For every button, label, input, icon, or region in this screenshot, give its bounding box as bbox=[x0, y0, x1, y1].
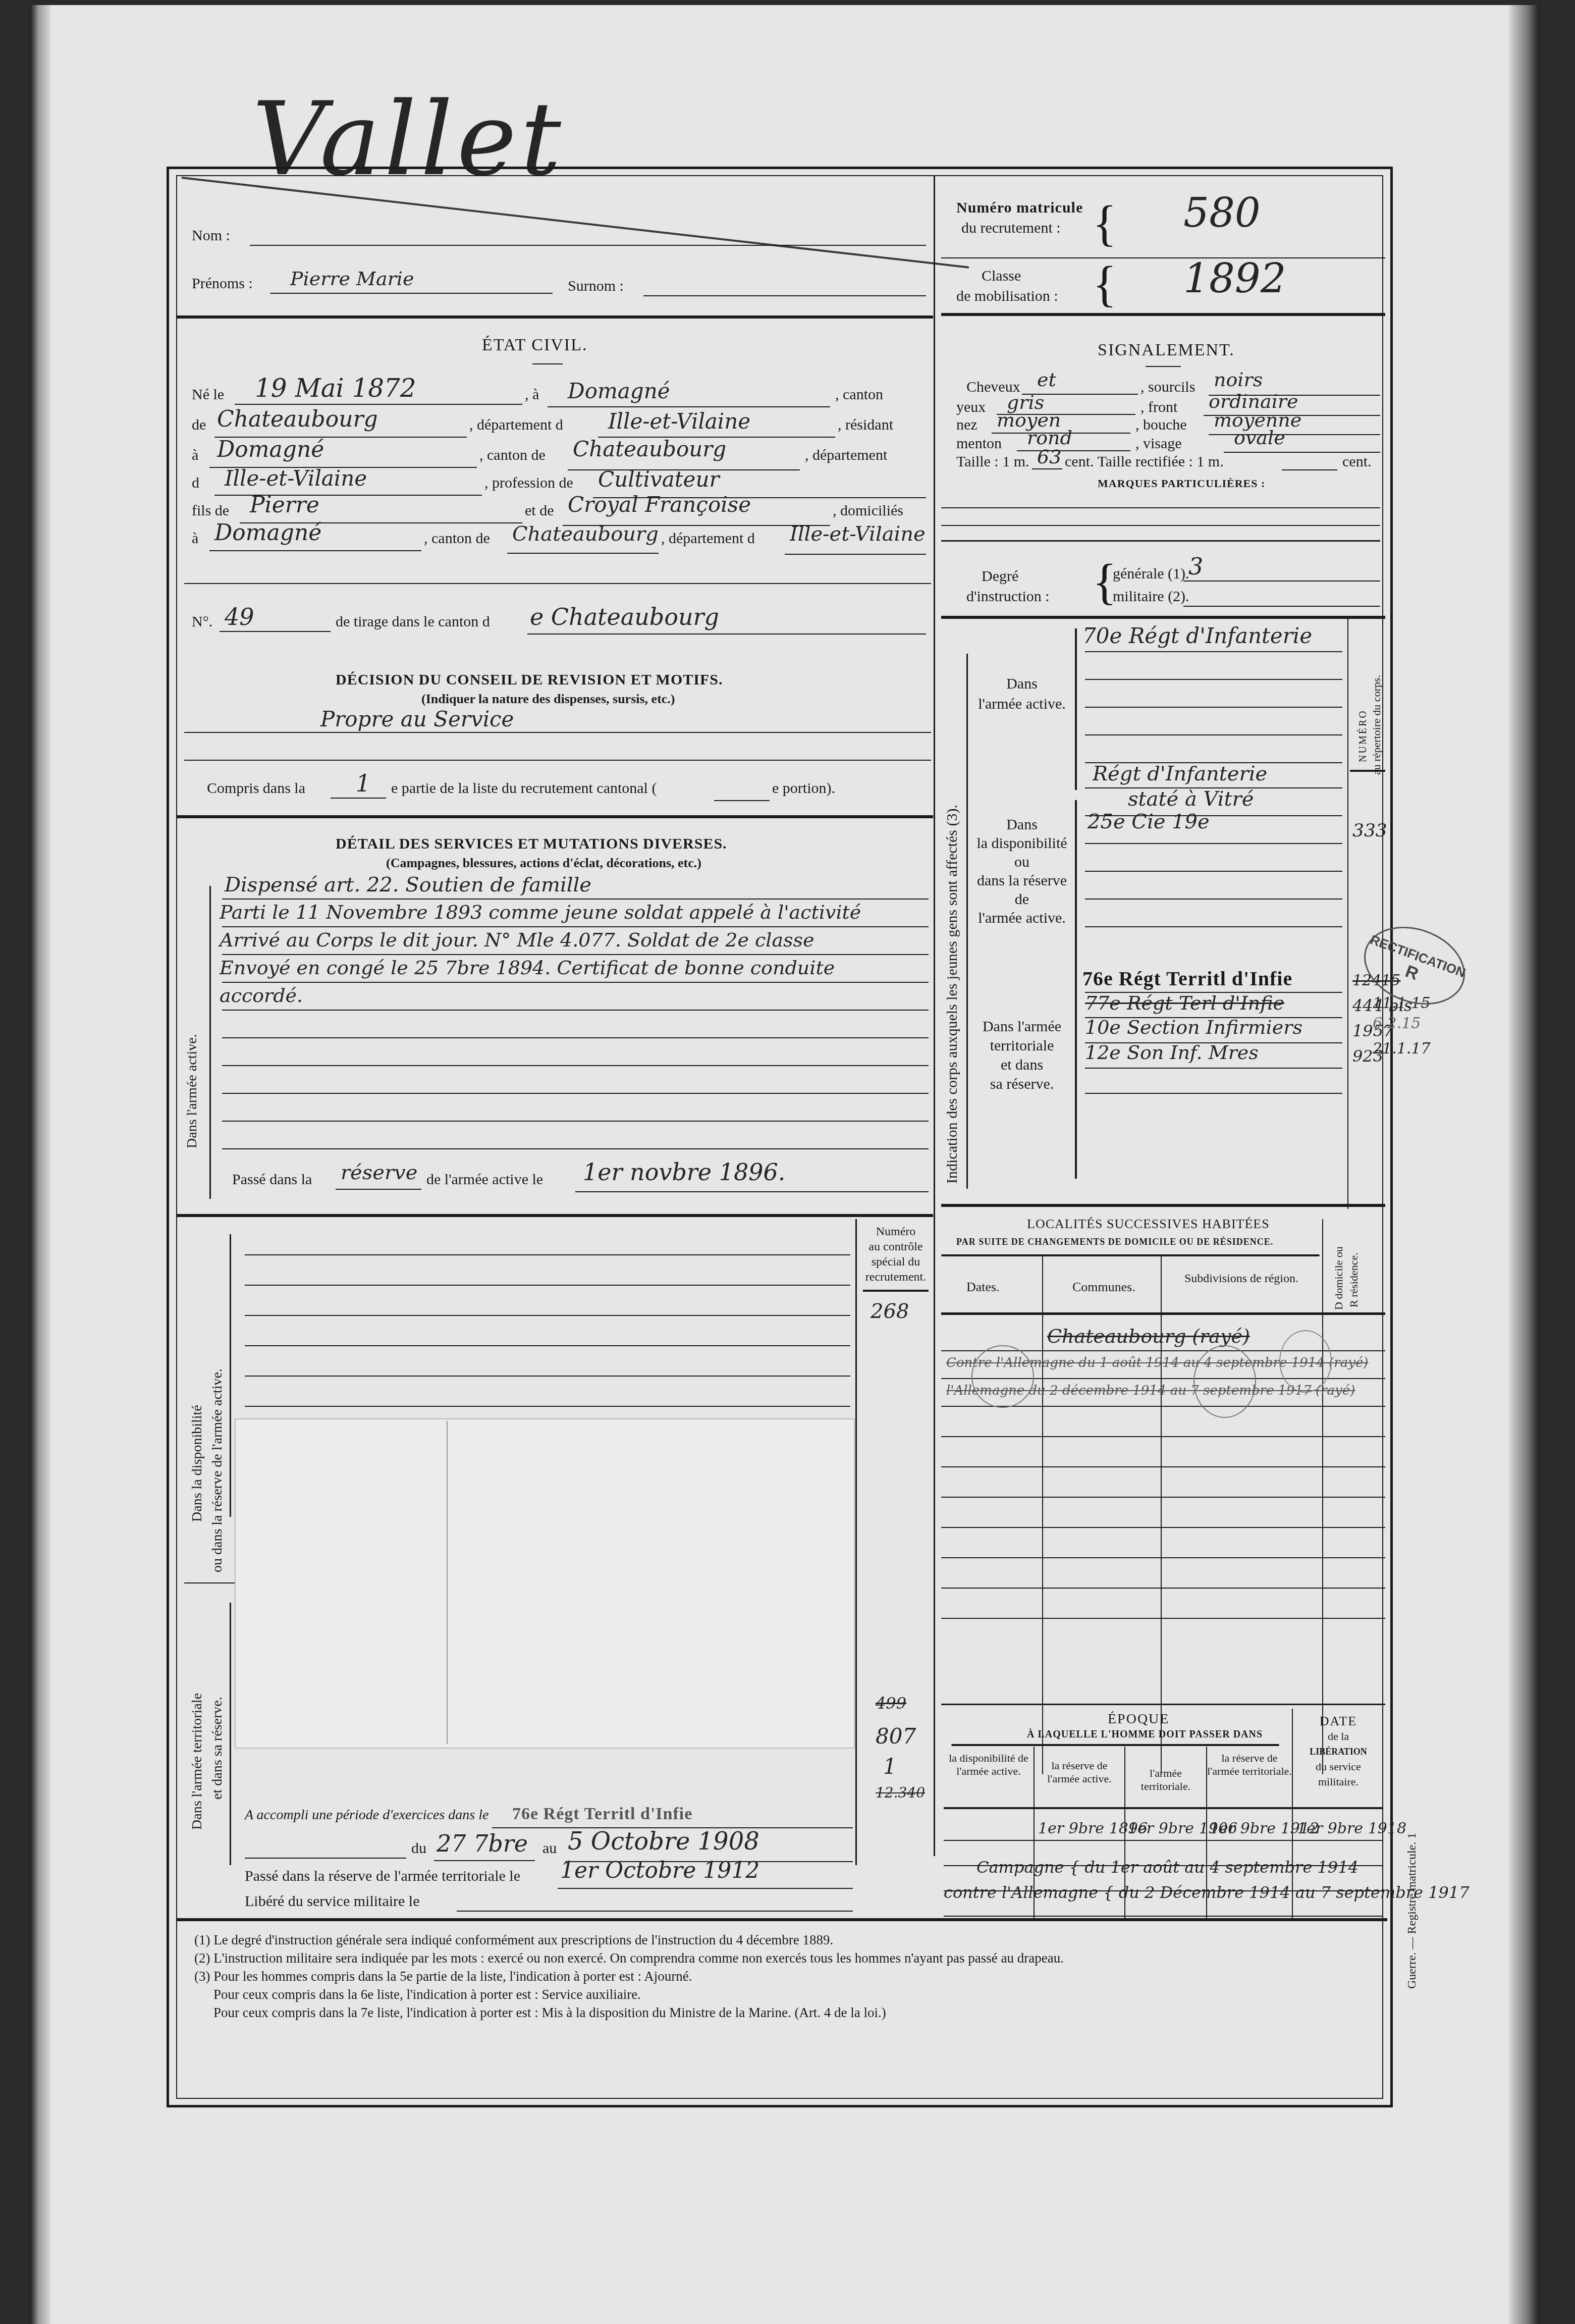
matricule-form: Nom : Prénoms : Pierre Marie Surnom : Nu… bbox=[167, 167, 1393, 2107]
header-line: DATE bbox=[1293, 1714, 1384, 1729]
epoque-col-reserve-active: la réserve de l'armée active. bbox=[1035, 1759, 1124, 1785]
line bbox=[222, 954, 929, 955]
line bbox=[1085, 1068, 1342, 1069]
residant-label: , résidant bbox=[838, 416, 893, 434]
degre-label-1: Degré bbox=[982, 568, 1018, 585]
line bbox=[245, 1285, 850, 1286]
col-dates: Dates. bbox=[966, 1280, 1000, 1295]
detail-title: DÉTAIL DES SERVICES ET MUTATIONS DIVERSE… bbox=[336, 835, 727, 853]
line bbox=[336, 1189, 421, 1190]
col-residence: R résidence. bbox=[1347, 1252, 1361, 1307]
decision-value: Propre au Service bbox=[320, 707, 514, 731]
line bbox=[1183, 580, 1380, 582]
slip-fold bbox=[447, 1421, 448, 1744]
canton-value: Chateaubourg bbox=[217, 406, 378, 432]
territoriale-value-1: 76e Régt Territl d'Infie bbox=[1082, 967, 1292, 990]
register-page: Vallet Nom : Prénoms : Pierre Marie Surn… bbox=[30, 5, 1539, 2324]
postmark-stamp bbox=[1193, 1345, 1256, 1418]
bracket-line bbox=[966, 654, 968, 1189]
main-column-divider bbox=[934, 175, 935, 1856]
line bbox=[184, 1582, 235, 1583]
label-line: ou bbox=[971, 853, 1072, 871]
passe-reserve-value: 1er Octobre 1912 bbox=[560, 1858, 759, 1883]
departement-value: Ille-et-Vilaine bbox=[608, 409, 750, 434]
disponibilite-side-label-2: ou dans la réserve de l'armée active. bbox=[209, 1368, 226, 1572]
localite-commune-1: Chateaubourg (rayé) bbox=[1047, 1325, 1250, 1347]
libere-label: Libéré du service militaire le bbox=[245, 1893, 420, 1910]
line bbox=[575, 1191, 929, 1192]
line bbox=[1183, 606, 1380, 607]
label-line: l'armée active. bbox=[971, 909, 1072, 927]
line bbox=[245, 1315, 850, 1316]
residant-value: Domagné bbox=[217, 437, 324, 462]
label-line: l'armée active. bbox=[971, 694, 1072, 714]
matricule-divider bbox=[941, 257, 1385, 258]
epoque-col-reserve-territoriale: la réserve de l'armée territoriale. bbox=[1207, 1752, 1292, 1778]
detail-line-1: Dispensé art. 22. Soutien de famille bbox=[225, 873, 591, 896]
margin-register-label: Guerre. — Registre matricule. 1 bbox=[1405, 1833, 1419, 1989]
footnote-3c: Pour ceux compris dans la 7e liste, l'in… bbox=[194, 2003, 1064, 2022]
line bbox=[1085, 651, 1342, 652]
signalement-title: SIGNALEMENT. bbox=[1098, 341, 1235, 360]
disponibilite-value-1: Régt d'Infanterie bbox=[1093, 762, 1267, 785]
line bbox=[944, 1840, 1383, 1841]
classe-label-2: de mobilisation : bbox=[956, 288, 1058, 305]
page-edge-right bbox=[1509, 5, 1539, 2324]
compris-label: Compris dans la bbox=[207, 780, 305, 797]
section-divider bbox=[941, 1704, 1385, 1705]
classe-value: 1892 bbox=[1183, 255, 1286, 302]
territoriale-value-2: 77e Régt Terl d'Infie bbox=[1085, 992, 1284, 1014]
margin-note-2: 6.2.15 bbox=[1373, 1015, 1421, 1032]
header-line: spécial du bbox=[858, 1254, 934, 1270]
visage-value: ovale bbox=[1234, 427, 1285, 449]
brace-icon: { bbox=[1093, 255, 1117, 313]
line bbox=[1085, 899, 1342, 900]
visage-label: , visage bbox=[1135, 435, 1182, 452]
militaire-label: militaire (2). bbox=[1113, 588, 1189, 605]
label-line: territoriale bbox=[971, 1036, 1072, 1055]
localites-title: LOCALITÉS SUCCESSIVES HABITÉES bbox=[1027, 1217, 1270, 1232]
line bbox=[863, 1290, 929, 1292]
domicile-value: Domagné bbox=[214, 520, 321, 546]
line bbox=[222, 1037, 929, 1038]
liberation-header: DATE de la LIBÉRATION du service militai… bbox=[1293, 1714, 1384, 1789]
line bbox=[941, 507, 1380, 508]
footnote-divider bbox=[176, 1918, 1387, 1921]
label-line: Dans bbox=[971, 815, 1072, 834]
au-value: 5 Octobre 1908 bbox=[568, 1827, 759, 1856]
line bbox=[941, 1497, 1385, 1498]
passe-label: Passé dans la bbox=[232, 1171, 312, 1188]
taille-suffix: cent. bbox=[1342, 453, 1371, 470]
col-domicile: D domicile ou bbox=[1332, 1246, 1345, 1310]
footnote-2: (2) L'instruction militaire sera indiqué… bbox=[194, 1949, 1064, 1967]
territoriale-side-label-1: Dans l'armée territoriale bbox=[189, 1693, 205, 1830]
line bbox=[941, 540, 1380, 542]
label-line: de bbox=[971, 890, 1072, 909]
stamp-center: R bbox=[1402, 962, 1421, 984]
brace-line bbox=[1075, 977, 1077, 1179]
line bbox=[1085, 707, 1342, 708]
matricule-value: 580 bbox=[1183, 189, 1261, 236]
classe-label-1: Classe bbox=[982, 268, 1021, 285]
line bbox=[235, 404, 522, 405]
etat-civil-title: ÉTAT CIVIL. bbox=[482, 336, 587, 355]
line bbox=[222, 1010, 929, 1011]
disponibilite-value-2: staté à Vitré bbox=[1128, 787, 1254, 811]
decision-subtitle: (Indiquer la nature des dispenses, sursi… bbox=[421, 692, 675, 707]
brace-rule bbox=[941, 1254, 1320, 1256]
canton2-label: , canton de bbox=[479, 447, 546, 464]
numero-controle-value: 268 bbox=[871, 1300, 909, 1323]
active-label: Dans l'armée active. bbox=[971, 674, 1072, 714]
numero-corps-header-1: NUMÉRO bbox=[1357, 709, 1369, 762]
decision-title: DÉCISION DU CONSEIL DE REVISION ET MOTIF… bbox=[336, 671, 723, 689]
mere-value: Croyal Françoise bbox=[568, 492, 751, 517]
line bbox=[222, 982, 929, 983]
fils-de-label: fils de bbox=[192, 502, 229, 519]
canton2-value: Chateaubourg bbox=[573, 437, 726, 461]
header-divider bbox=[176, 315, 933, 319]
section-divider bbox=[176, 1214, 933, 1217]
territoriale-side-label-2: et dans sa réserve. bbox=[209, 1697, 226, 1800]
front-label: , front bbox=[1140, 399, 1177, 416]
line bbox=[331, 798, 386, 799]
profession-value: Cultivateur bbox=[598, 467, 720, 492]
de-label: de bbox=[192, 416, 206, 434]
a-value: Domagné bbox=[568, 379, 670, 403]
sourcils-value: noirs bbox=[1214, 368, 1263, 391]
line bbox=[184, 760, 931, 761]
et-de-label: et de bbox=[525, 502, 554, 519]
header-line: du service bbox=[1293, 1759, 1384, 1774]
territoriale-value-3: 10e Section Infirmiers bbox=[1085, 1016, 1302, 1038]
line bbox=[527, 633, 926, 635]
prenoms-value: Pierre Marie bbox=[290, 268, 414, 290]
bracket-line bbox=[209, 886, 211, 1199]
line bbox=[245, 1345, 850, 1346]
d-label: d bbox=[192, 474, 199, 492]
title-underline bbox=[532, 363, 563, 364]
line bbox=[222, 1148, 929, 1149]
campagne-line-1: Campagne { du 1er août au 4 septembre 19… bbox=[976, 1858, 1359, 1877]
au-label: au bbox=[542, 1840, 557, 1857]
label-line: sa réserve. bbox=[971, 1075, 1072, 1094]
numero-corps-divider bbox=[1347, 618, 1348, 1209]
numero-lower-1: 499 bbox=[876, 1694, 906, 1713]
line bbox=[941, 1436, 1385, 1437]
line bbox=[457, 1911, 853, 1912]
departement3-value: Ille-et-Vilaine bbox=[790, 522, 926, 546]
label-line: Dans l'armée bbox=[971, 1017, 1072, 1036]
liberation-value: 1er 9bre 1918 bbox=[1297, 1820, 1406, 1837]
margin-note-3: 21.1.17 bbox=[1373, 1040, 1431, 1058]
numero-column-divider bbox=[855, 1219, 857, 1865]
line bbox=[548, 406, 830, 407]
line bbox=[941, 1557, 1385, 1558]
matricule-label-1: Numéro matricule bbox=[956, 199, 1083, 217]
canton3-label: , canton de bbox=[424, 530, 490, 547]
numero-value: 49 bbox=[225, 603, 254, 630]
section-divider bbox=[941, 616, 1385, 619]
line bbox=[209, 550, 421, 551]
bouche-label: , bouche bbox=[1135, 416, 1187, 434]
line bbox=[222, 1065, 929, 1066]
numero-lower-3: 1 bbox=[883, 1754, 897, 1779]
generale-value: 3 bbox=[1188, 553, 1203, 580]
nom-line bbox=[250, 245, 926, 246]
yeux-label: yeux bbox=[956, 399, 986, 416]
section-divider bbox=[176, 815, 933, 818]
epoque-subtitle: À LAQUELLE L'HOMME DOIT PASSER DANS bbox=[1027, 1729, 1263, 1740]
line bbox=[1017, 450, 1130, 451]
campagne-line-2: contre l'Allemagne { du 2 Décembre 1914 … bbox=[944, 1883, 1470, 1902]
nez-label: nez bbox=[956, 416, 977, 434]
cheveux-value: et bbox=[1037, 368, 1056, 391]
header-line: de la bbox=[1293, 1729, 1384, 1744]
passe-mid: de l'armée active le bbox=[426, 1171, 543, 1188]
line bbox=[1085, 734, 1342, 735]
line bbox=[434, 1860, 535, 1861]
line bbox=[245, 1858, 406, 1859]
detail-line-3: Arrivé au Corps le dit jour. N° Mle 4.07… bbox=[220, 929, 814, 951]
line bbox=[220, 631, 331, 632]
line bbox=[184, 583, 931, 584]
departement2-value: Ille-et-Vilaine bbox=[225, 466, 367, 491]
taille-value: 63 bbox=[1037, 446, 1061, 468]
exercices-value: 76e Régt Territl d'Infie bbox=[512, 1805, 692, 1824]
col-subdivisions: Subdivisions de région. bbox=[1176, 1272, 1307, 1286]
line bbox=[222, 899, 929, 900]
line bbox=[1085, 926, 1342, 927]
postmark-stamp bbox=[1279, 1330, 1332, 1393]
line bbox=[1032, 468, 1062, 469]
du-value: 27 7bre bbox=[437, 1830, 528, 1857]
sourcils-label: , sourcils bbox=[1140, 379, 1195, 396]
tirage-label: de tirage dans le canton d bbox=[336, 613, 490, 630]
footnote-3b: Pour ceux compris dans la 6e liste, l'in… bbox=[194, 1985, 1064, 2003]
label-line: dans la réserve bbox=[971, 871, 1072, 890]
footnote-1: (1) Le degré d'instruction générale sera… bbox=[194, 1931, 1064, 1949]
nom-label: Nom : bbox=[192, 227, 230, 244]
a-label: , à bbox=[525, 386, 539, 403]
bracket-line bbox=[230, 1603, 231, 1865]
du-label: du bbox=[411, 1840, 426, 1857]
label-line: Dans bbox=[971, 674, 1072, 694]
detail-line-5: accordé. bbox=[220, 984, 303, 1007]
line bbox=[1085, 843, 1342, 844]
passe-value: réserve bbox=[341, 1161, 417, 1184]
line bbox=[785, 554, 926, 555]
epoque-col-disponibilite: la disponibilité de l'armée active. bbox=[944, 1752, 1034, 1778]
line bbox=[222, 926, 929, 927]
ne-le-label: Né le bbox=[192, 386, 224, 403]
detail-line-4: Envoyé en congé le 25 7bre 1894. Certifi… bbox=[220, 957, 835, 979]
brace-line bbox=[1075, 800, 1077, 977]
detail-line-2: Parti le 11 Novembre 1893 comme jeune so… bbox=[220, 901, 861, 923]
header-underline bbox=[944, 1807, 1383, 1809]
territoriale-value-4: 12e Son Inf. Mres bbox=[1085, 1041, 1259, 1064]
prenoms-label: Prénoms : bbox=[192, 275, 253, 292]
header-line: au contrôle bbox=[858, 1239, 934, 1254]
header-line: recrutement. bbox=[858, 1270, 934, 1285]
disponibilite-numero: 333 bbox=[1352, 820, 1387, 841]
header-line: militaire. bbox=[1293, 1774, 1384, 1789]
marques-title: MARQUES PARTICULIÈRES : bbox=[1098, 477, 1265, 490]
brace-line bbox=[1075, 628, 1077, 790]
taille-label: Taille : 1 m. bbox=[956, 453, 1029, 470]
line bbox=[1085, 871, 1342, 872]
active-value: 70e Régt d'Infanterie bbox=[1082, 623, 1312, 648]
line bbox=[245, 1406, 850, 1407]
domicile-a-label: à bbox=[192, 530, 198, 547]
portion-suffix: e portion). bbox=[772, 780, 835, 797]
prenoms-line bbox=[270, 293, 553, 294]
classe-divider bbox=[941, 313, 1385, 316]
profession-label: , profession de bbox=[484, 474, 573, 492]
generale-label: générale (1). bbox=[1113, 565, 1189, 583]
epoque-col-territoriale: l'armée territoriale. bbox=[1125, 1767, 1206, 1793]
disponibilite-label: Dans la disponibilité ou dans la réserve… bbox=[971, 815, 1072, 927]
title-underline bbox=[1146, 366, 1181, 367]
line bbox=[944, 1916, 1383, 1917]
localites-subtitle: PAR SUITE DE CHANGEMENTS DE DOMICILE OU … bbox=[956, 1237, 1273, 1247]
ne-le-value: 19 Mai 1872 bbox=[255, 374, 416, 403]
canton-label: , canton bbox=[835, 386, 883, 403]
page-edge-left bbox=[30, 5, 50, 2324]
line bbox=[941, 1588, 1385, 1589]
line bbox=[1085, 1093, 1342, 1094]
armee-active-side-label: Dans l'armée active. bbox=[184, 1034, 200, 1148]
header-line: LIBÉRATION bbox=[1293, 1744, 1384, 1759]
surnom-line bbox=[643, 295, 926, 296]
postmark-stamp bbox=[971, 1345, 1034, 1408]
line bbox=[1085, 679, 1342, 680]
pasted-blank-slip bbox=[235, 1418, 855, 1749]
line bbox=[1350, 770, 1385, 772]
line bbox=[941, 1618, 1385, 1619]
portion-line bbox=[714, 800, 770, 801]
line bbox=[1224, 452, 1380, 453]
affectations-side-label: Indication des corps auxquels les jeunes… bbox=[944, 805, 961, 1184]
passe-date: 1er novbre 1896. bbox=[583, 1158, 785, 1186]
residant-a-label: à bbox=[192, 447, 198, 464]
brace-rule bbox=[951, 1744, 1279, 1746]
numero-lower-4: 12.340 bbox=[876, 1784, 925, 1801]
line bbox=[222, 1121, 929, 1122]
numero-controle-header: Numéro au contrôle spécial du recrutemen… bbox=[858, 1224, 934, 1285]
menton-label: menton bbox=[956, 435, 1002, 452]
line bbox=[558, 1888, 853, 1889]
brace-icon: { bbox=[1093, 194, 1117, 252]
passe-reserve-label: Passé dans la réserve de l'armée territo… bbox=[245, 1868, 520, 1885]
numero-lower-2: 807 bbox=[876, 1724, 916, 1749]
label-line: et dans bbox=[971, 1055, 1072, 1075]
departement3-label: , département d bbox=[661, 530, 755, 547]
detail-subtitle: (Campagnes, blessures, actions d'éclat, … bbox=[386, 856, 701, 871]
line bbox=[1282, 469, 1337, 470]
epoque-title: ÉPOQUE bbox=[1108, 1711, 1169, 1727]
line bbox=[222, 1093, 929, 1094]
col-divider bbox=[1042, 1254, 1043, 1774]
taille-mid: cent. Taille rectifiée : 1 m. bbox=[1065, 453, 1224, 470]
line bbox=[941, 1466, 1385, 1467]
line bbox=[245, 1254, 850, 1255]
line bbox=[507, 553, 659, 554]
section-divider bbox=[941, 1204, 1385, 1207]
tirage-value: e Chateaubourg bbox=[530, 603, 719, 630]
territoriale-label: Dans l'armée territoriale et dans sa rés… bbox=[971, 1017, 1072, 1094]
numero-corps-header-2: au répertoire du corps. bbox=[1370, 675, 1383, 775]
compris-suffix: e partie de la liste du recrutement cant… bbox=[391, 780, 657, 797]
numero-label: N°. bbox=[192, 613, 212, 630]
footnote-3: (3) Pour les hommes compris dans la 5e p… bbox=[194, 1967, 1064, 1985]
domicilies-label: , domiciliés bbox=[833, 502, 903, 519]
exercices-label: A accompli une période d'exercices dans … bbox=[245, 1807, 488, 1823]
compris-value: 1 bbox=[356, 770, 370, 797]
disponibilite-side-label-1: Dans la disponibilité bbox=[189, 1405, 205, 1522]
departement-label: , département d bbox=[469, 416, 563, 434]
line bbox=[941, 525, 1380, 526]
pere-value: Pierre bbox=[250, 492, 319, 518]
disponibilite-value-3: 25e Cie 19e bbox=[1088, 810, 1210, 833]
line bbox=[941, 1527, 1385, 1528]
header-line: Numéro bbox=[858, 1224, 934, 1239]
canton3-value: Chateaubourg bbox=[512, 522, 659, 546]
label-line: la disponibilité bbox=[971, 834, 1072, 853]
line bbox=[184, 732, 931, 733]
degre-label-2: d'instruction : bbox=[966, 588, 1050, 605]
surnom-label: Surnom : bbox=[568, 278, 624, 295]
matricule-label-2: du recrutement : bbox=[961, 220, 1061, 237]
line bbox=[245, 1376, 850, 1377]
footnotes: (1) Le degré d'instruction générale sera… bbox=[194, 1931, 1064, 2022]
header-underline bbox=[941, 1312, 1385, 1315]
departement2-label: , département bbox=[805, 447, 887, 464]
bracket-line bbox=[230, 1234, 231, 1517]
col-communes: Communes. bbox=[1072, 1280, 1135, 1295]
